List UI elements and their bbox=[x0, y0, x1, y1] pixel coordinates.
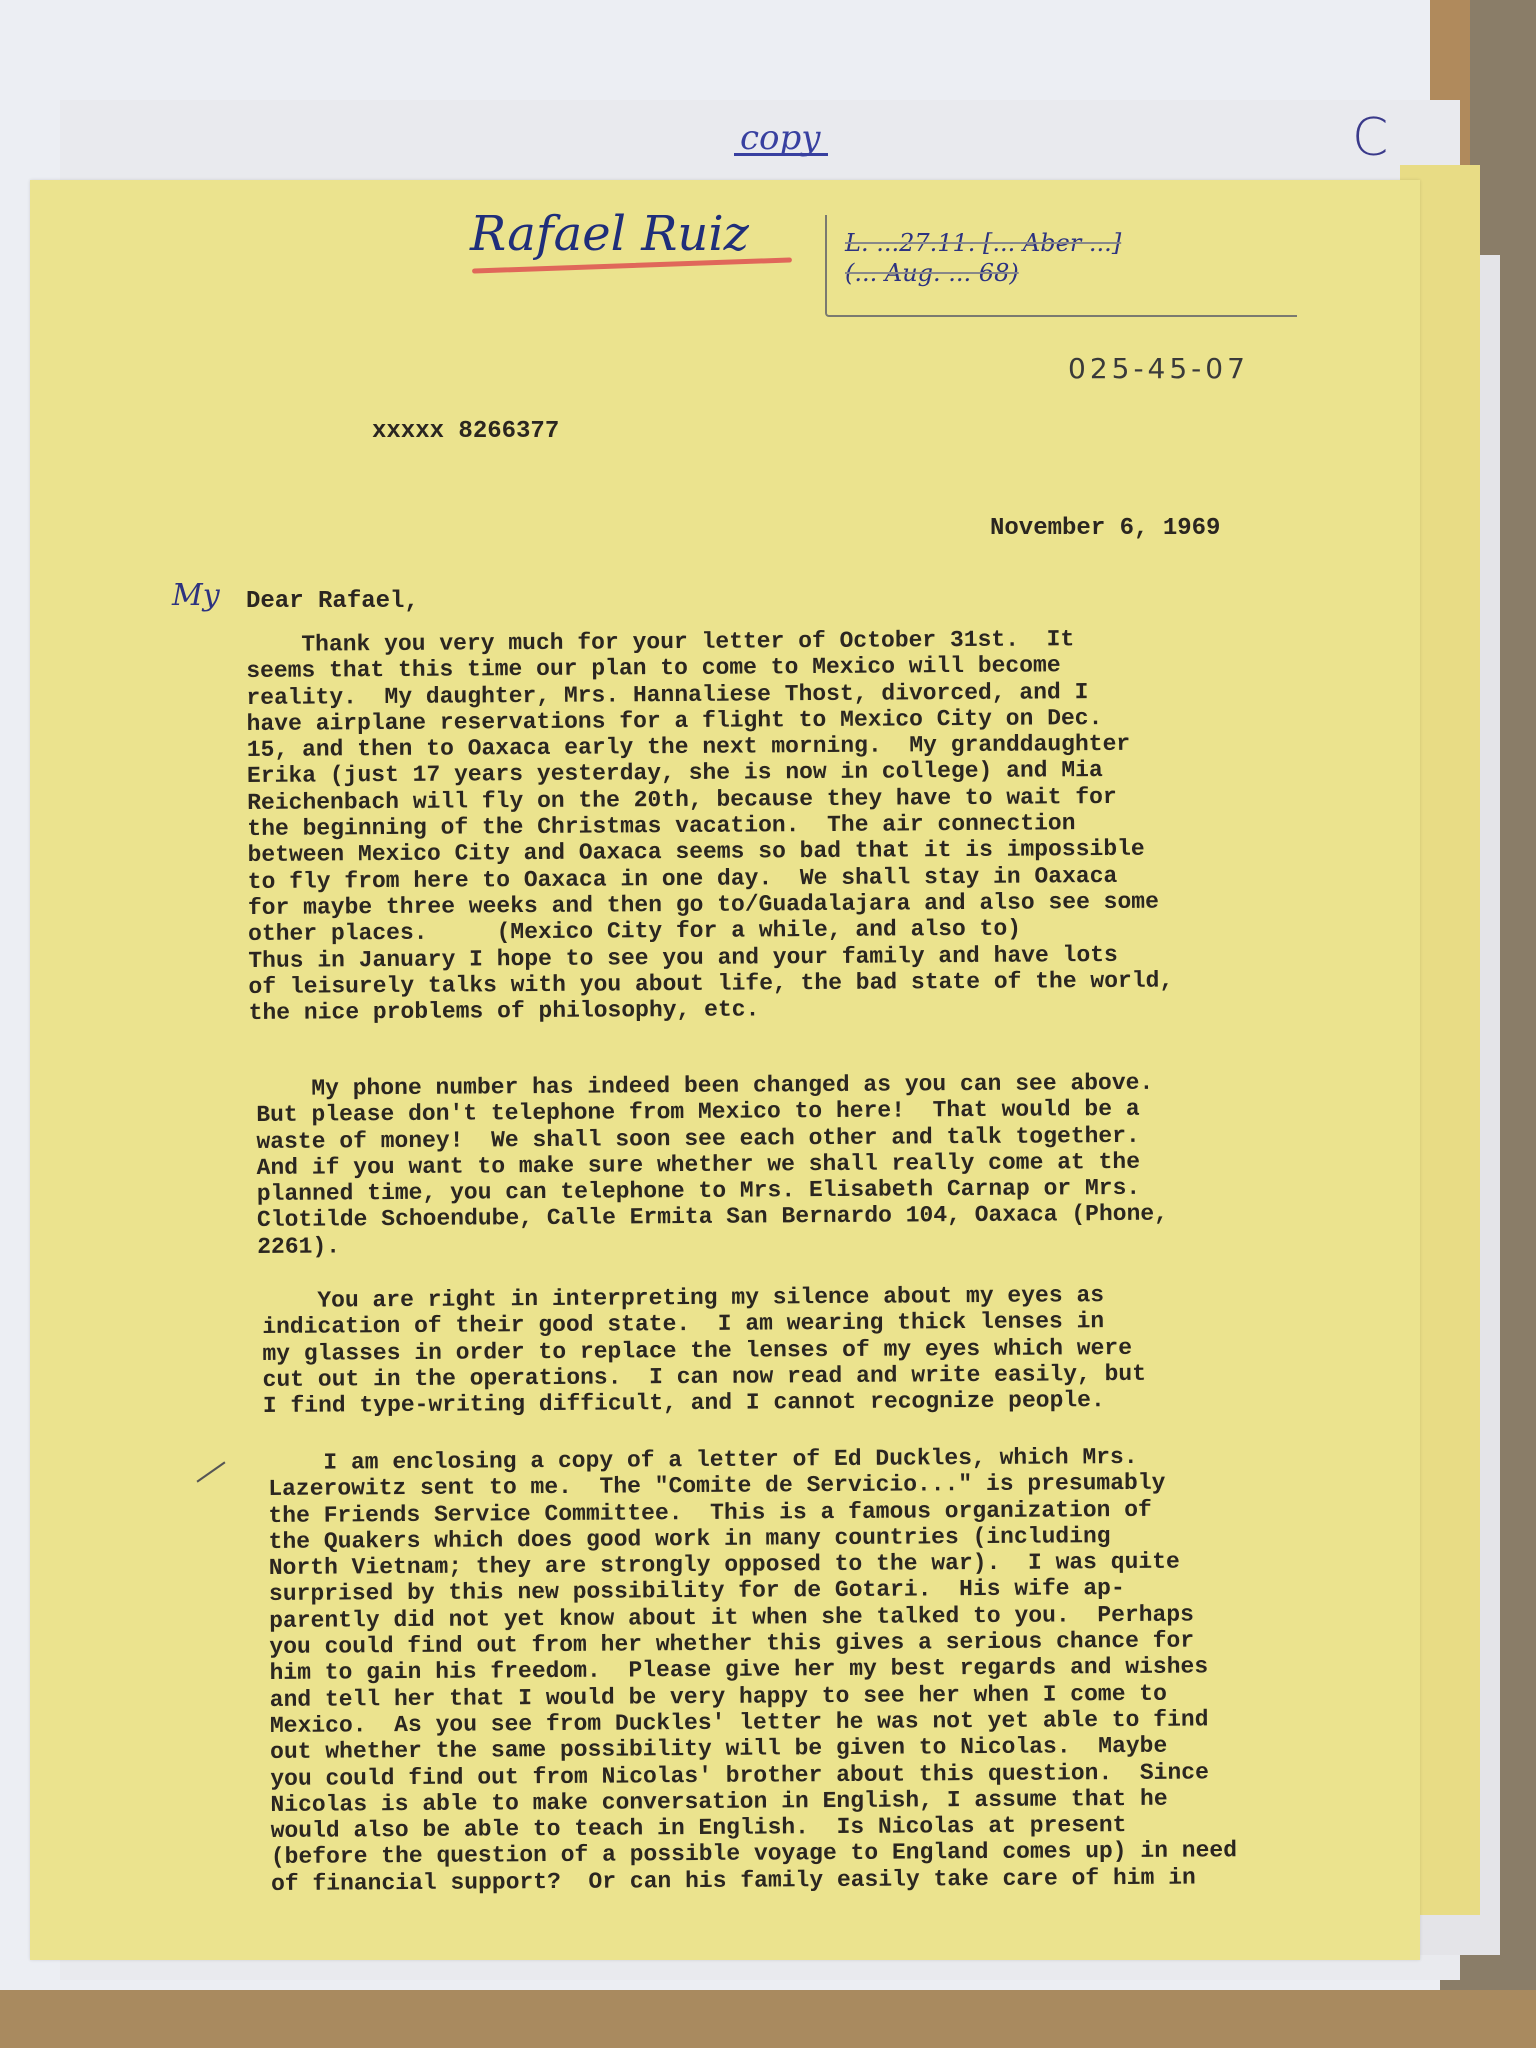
corner-letter: C bbox=[1352, 108, 1388, 168]
paragraph-enclosure: I am enclosing a copy of a letter of Ed … bbox=[268, 1443, 1237, 1897]
folder-bottom bbox=[0, 1990, 1536, 2048]
bracket-note-text: L. ...27.11. [... Aber ...] (... Aug. ..… bbox=[845, 228, 1121, 288]
bracket-note-line-2: (... Aug. ... 68) bbox=[845, 258, 1121, 288]
letter-date: November 6, 1969 bbox=[990, 515, 1220, 542]
handwritten-salutation-prefix: My bbox=[172, 578, 220, 613]
paragraph-eyes: You are right in interpreting my silence… bbox=[262, 1282, 1146, 1420]
paragraph-travel-plans: Thank you very much for your letter of O… bbox=[246, 626, 1173, 1027]
salutation: Dear Rafael, bbox=[246, 588, 419, 615]
copy-mark: copy bbox=[740, 118, 820, 158]
recipient-name-handwritten: Rafael Ruiz bbox=[470, 206, 749, 262]
phone-number-line: xxxxx 8266377 bbox=[372, 418, 559, 445]
reference-number: 025-45-07 bbox=[1068, 352, 1249, 385]
paragraph-phone-number: My phone number has indeed been changed … bbox=[256, 1070, 1168, 1260]
bracket-note-line-1: L. ...27.11. [... Aber ...] bbox=[845, 228, 1121, 258]
